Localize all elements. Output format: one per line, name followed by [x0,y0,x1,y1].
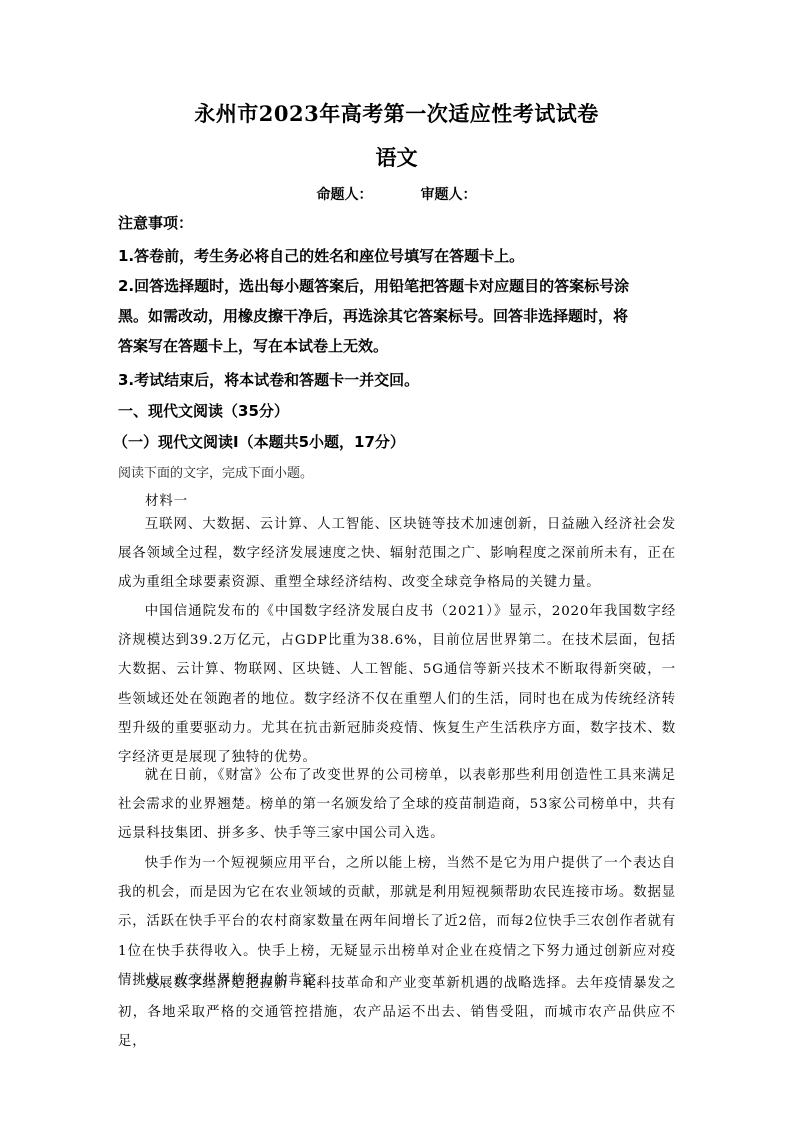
reviewer-label: 审题人： [421,184,477,204]
notice-item-2-line-2: 黑。如需改动，用橡皮擦干净后，再选涂其它答案标号。回答非选择题时，将 [118,305,678,326]
author-label: 命题人： [317,184,373,204]
subject-title: 语文 [0,142,793,172]
notice-item-2-line-1: 2.回答选择题时，选出每小题答案后，用铅笔把答题卡对应题目的答案标号涂 [118,275,678,296]
paragraph-2: 中国信通院发布的《中国数字经济发展白皮书（2021）》显示，2020年我国数字经… [118,597,676,772]
reading-instruction: 阅读下面的文字，完成下面小题。 [118,462,678,481]
section-heading: 一、现代文阅读（35分） [118,400,678,421]
section-subheading: （一）现代文阅读Ⅰ（本题共5小题，17分） [113,431,673,452]
material-label: 材料一 [145,490,188,509]
paragraph-1: 互联网、大数据、云计算、人工智能、区块链等技术加速创新，日益融入经济社会发展各领… [118,510,676,598]
paragraph-3: 就在日前，《财富》公布了改变世界的公司榜单，以表彰那些利用创造性工具来满足社会需… [118,761,676,849]
notice-item-3: 3.考试结束后，将本试卷和答题卡一并交回。 [118,369,678,390]
notice-item-2-line-3: 答案写在答题卡上，写在本试卷上无效。 [118,335,678,356]
author-line: 命题人：审题人： [0,184,793,204]
exam-page: 永州市2023年高考第一次适应性考试试卷 语文 命题人：审题人： 注意事项： 1… [0,0,793,1122]
notice-heading: 注意事项： [118,212,678,233]
exam-title: 永州市2023年高考第一次适应性考试试卷 [0,98,793,128]
paragraph-5: 发展数字经济是把握新一轮科技革命和产业变革新机遇的战略选择。去年疫情暴发之初，各… [118,969,676,1057]
notice-item-1: 1.答卷前，考生务必将自己的姓名和座位号填写在答题卡上。 [118,245,678,266]
